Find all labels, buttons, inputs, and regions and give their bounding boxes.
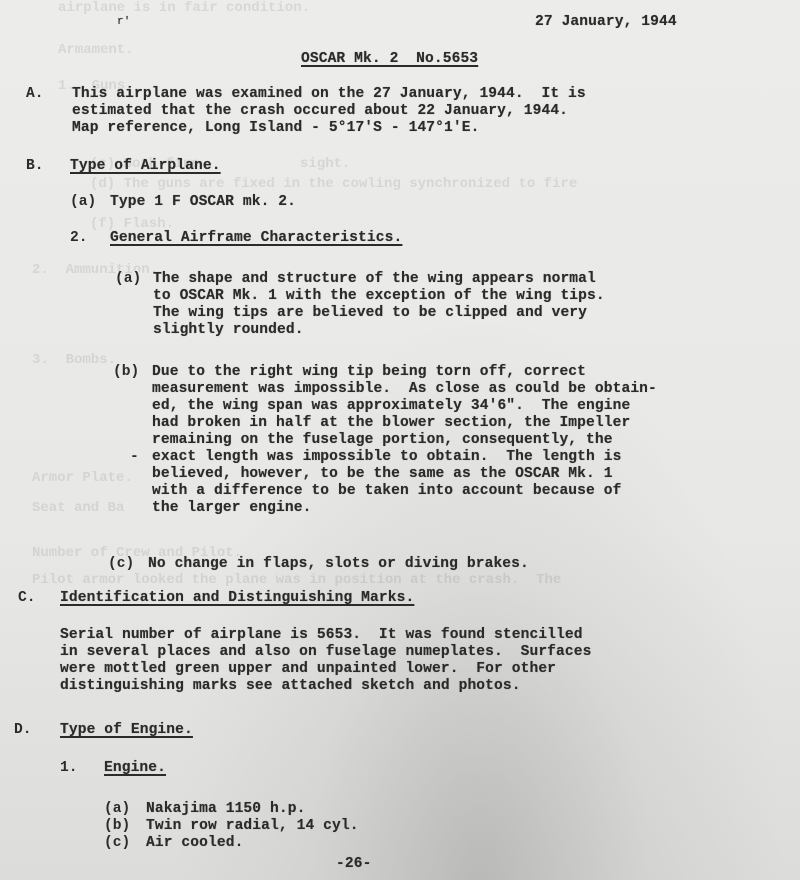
engine-item-text: Air cooled. bbox=[146, 835, 243, 851]
sub-b-label: (b) bbox=[113, 364, 139, 380]
bleed-through-text: Armor Plate. bbox=[32, 470, 133, 486]
section-b-heading: Type of Airplane. bbox=[70, 158, 221, 174]
section-a-letter: A. bbox=[26, 86, 44, 102]
engine-item-text: Twin row radial, 14 cyl. bbox=[146, 818, 359, 834]
bleed-through-text: (d) The guns are fixed in the cowling sy… bbox=[90, 176, 577, 192]
section-d-item-1-label: 1. bbox=[60, 760, 78, 776]
sub-b-line: ed, the wing span was approximately 34'6… bbox=[152, 398, 630, 414]
engine-item-label: (a) bbox=[104, 801, 130, 817]
section-a-line: estimated that the crash occured about 2… bbox=[72, 103, 568, 119]
bleed-through-text: airplane is in fair condition. bbox=[58, 0, 310, 16]
sub-a-line: The wing tips are believed to be clipped… bbox=[153, 305, 587, 321]
margin-dash: - bbox=[130, 449, 139, 465]
sub-b-line: measurement was impossible. As close as … bbox=[152, 381, 657, 397]
document-title: OSCAR Mk. 2 No.5653 bbox=[301, 51, 478, 67]
bleed-through-text: Pilot armor looked the plane was in posi… bbox=[32, 572, 561, 588]
section-a-line: This airplane was examined on the 27 Jan… bbox=[72, 86, 586, 102]
section-b-item-2-label: 2. bbox=[70, 230, 88, 246]
section-d-item-1-heading: Engine. bbox=[104, 760, 166, 776]
section-a-line: Map reference, Long Island - 5°17'S - 14… bbox=[72, 120, 479, 136]
sub-b-line: remaining on the fuselage portion, conse… bbox=[152, 432, 613, 448]
scanned-document-page: airplane is in fair condition. Armament.… bbox=[0, 0, 800, 880]
bleed-through-text: 3. Bombs. bbox=[32, 352, 116, 368]
section-c-line: were mottled green upper and unpainted l… bbox=[60, 661, 556, 677]
sub-b-line: Due to the right wing tip being torn off… bbox=[152, 364, 586, 380]
sub-a-line: slightly rounded. bbox=[153, 322, 304, 338]
engine-item-text: Nakajima 1150 h.p. bbox=[146, 801, 305, 817]
document-date: 27 January, 1944 bbox=[535, 14, 677, 30]
section-b-item-a-text: Type 1 F OSCAR mk. 2. bbox=[110, 194, 296, 210]
bleed-through-text: Armament. bbox=[58, 42, 134, 58]
section-d-letter: D. bbox=[14, 722, 32, 738]
bleed-through-text: Seat and Ba bbox=[32, 500, 124, 516]
stray-mark: r' bbox=[117, 16, 130, 28]
page-number: -26- bbox=[336, 856, 371, 872]
section-c-heading: Identification and Distinguishing Marks. bbox=[60, 590, 414, 606]
section-b-item-a-label: (a) bbox=[70, 194, 96, 210]
sub-c-text: No change in flaps, slots or diving brak… bbox=[148, 556, 529, 572]
section-d-heading: Type of Engine. bbox=[60, 722, 193, 738]
sub-c-label: (c) bbox=[108, 556, 134, 572]
section-c-line: distinguishing marks see attached sketch… bbox=[60, 678, 521, 694]
section-b-letter: B. bbox=[26, 158, 44, 174]
sub-b-line: the larger engine. bbox=[152, 500, 311, 516]
section-b-item-2-heading: General Airframe Characteristics. bbox=[110, 230, 402, 246]
sub-b-line: exact length was impossible to obtain. T… bbox=[152, 449, 621, 465]
section-c-line: Serial number of airplane is 5653. It wa… bbox=[60, 627, 583, 643]
sub-b-line: with a difference to be taken into accou… bbox=[152, 483, 621, 499]
sub-a-label: (a) bbox=[115, 271, 141, 287]
engine-item-label: (b) bbox=[104, 818, 130, 834]
sub-b-line: believed, however, to be the same as the… bbox=[152, 466, 613, 482]
sub-a-line: to OSCAR Mk. 1 with the exception of the… bbox=[153, 288, 605, 304]
sub-b-line: had broken in half at the blower section… bbox=[152, 415, 630, 431]
section-c-line: in several places and also on fuselage n… bbox=[60, 644, 591, 660]
engine-item-label: (c) bbox=[104, 835, 130, 851]
sub-a-line: The shape and structure of the wing appe… bbox=[153, 271, 596, 287]
section-c-letter: C. bbox=[18, 590, 36, 606]
